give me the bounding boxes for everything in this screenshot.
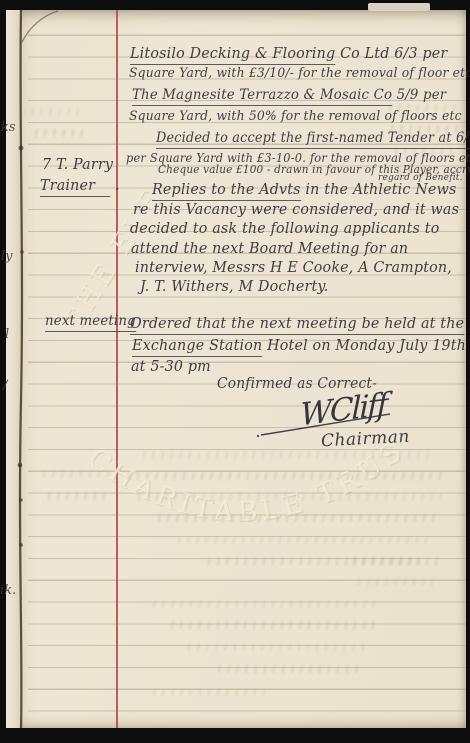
handwritten-line: attend the next Board Meeting for an: [131, 239, 408, 257]
bleedthrough-mark: [215, 665, 360, 673]
handwritten-line: interview, Messrs H E Cooke, A Crampton,: [135, 258, 452, 276]
bleedthrough-mark: [355, 578, 440, 586]
binding-gutter-line: [18, 10, 58, 728]
handwritten-line: The Magnesite Terrazzo & Mosaic Co 5/9 p…: [132, 87, 446, 103]
bleedthrough-mark: [45, 492, 111, 500]
edge-text-fragment: l: [5, 327, 9, 342]
bleedthrough-mark: [28, 108, 86, 116]
bleedthrough-mark: [350, 557, 445, 565]
edge-text-fragment: ly: [1, 249, 13, 264]
bleedthrough-mark: [135, 493, 445, 501]
edge-text-fragment: ks: [1, 120, 16, 135]
bleedthrough-mark: [155, 514, 440, 522]
bleedthrough-mark: [168, 621, 378, 629]
bleedthrough-mark: [40, 470, 110, 478]
handwritten-line: decided to ask the following applicants …: [130, 219, 439, 237]
handwritten-line: Exchange Station Hotel on Monday July 19…: [132, 336, 466, 354]
bleedthrough-mark: [125, 472, 445, 480]
bleedthrough-mark: [175, 536, 430, 544]
handwritten-line: J. T. Withers, M Docherty.: [140, 277, 329, 295]
margin-note: Trainer .: [40, 176, 120, 194]
edge-text-fragment: /: [3, 378, 7, 393]
handwritten-line: Square Yard, with £3/10/- for the remova…: [129, 66, 470, 81]
bleedthrough-mark: [150, 600, 380, 608]
handwritten-line: Square Yard, with 50% for the removal of…: [129, 109, 462, 124]
bleedthrough-mark: [150, 688, 270, 696]
handwritten-line: Replies to the Advts in the Athletic New…: [152, 180, 456, 198]
edge-text-fragment: ik.: [0, 583, 16, 598]
handwritten-line: Litosilo Decking & Flooring Co Ltd 6/3 p…: [130, 44, 447, 62]
handwritten-line: at 5-30 pm: [131, 357, 211, 375]
bleedthrough-mark: [32, 129, 84, 137]
margin-note: next meeting: [45, 313, 136, 329]
scanned-minute-book-page: CHARITABLE TRUST CHARITABLE TRUST THE EV…: [0, 0, 470, 743]
handwritten-line: re this Vacancy were considered, and it …: [133, 200, 459, 218]
bleedthrough-mark: [140, 451, 430, 459]
handwritten-line: Decided to accept the first-named Tender…: [156, 130, 470, 146]
margin-note: 7 T. Parry: [42, 155, 113, 173]
handwritten-line: Ordered that the next meeting be held at…: [130, 314, 464, 332]
bleedthrough-mark: [185, 643, 370, 651]
